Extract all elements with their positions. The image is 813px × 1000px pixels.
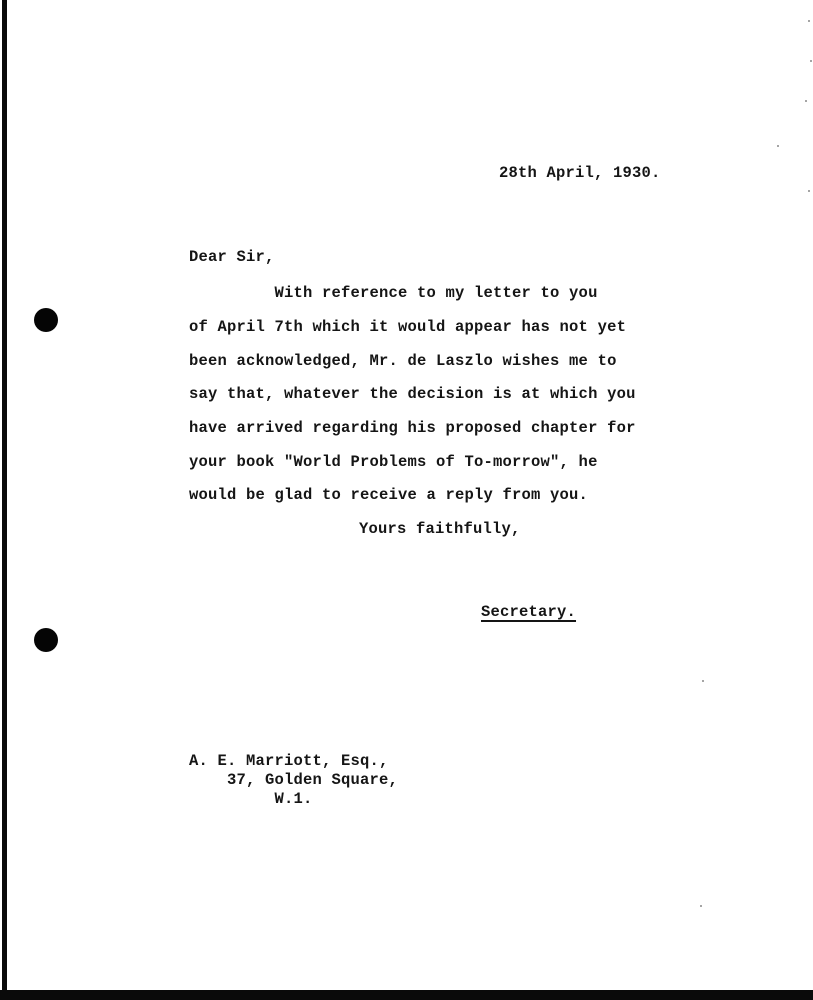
- salutation: Dear Sir,: [189, 250, 275, 266]
- scan-speck: [700, 905, 702, 907]
- scan-speck: [808, 190, 810, 192]
- body-line-7: would be glad to receive a reply from yo…: [189, 488, 588, 504]
- punch-hole-top: [34, 308, 58, 332]
- page-left-border: [2, 0, 7, 1000]
- closing: Yours faithfully,: [359, 522, 521, 538]
- scan-speck: [810, 60, 812, 62]
- body-line-1: With reference to my letter to you: [189, 286, 598, 302]
- recipient-name: A. E. Marriott, Esq.,: [189, 754, 389, 770]
- page-bottom-border: [0, 990, 813, 1000]
- body-line-3: been acknowledged, Mr. de Laszlo wishes …: [189, 354, 617, 370]
- recipient-district: W.1.: [189, 792, 313, 808]
- scan-speck: [702, 680, 704, 682]
- scan-speck: [805, 100, 807, 102]
- letter-page: 28th April, 1930. Dear Sir, With referen…: [0, 0, 813, 1000]
- body-line-5: have arrived regarding his proposed chap…: [189, 421, 636, 437]
- recipient-street: 37, Golden Square,: [189, 773, 398, 789]
- signature-title: Secretary.: [481, 605, 576, 621]
- letter-date: 28th April, 1930.: [499, 166, 661, 182]
- body-line-6: your book "World Problems of To-morrow",…: [189, 455, 598, 471]
- body-line-2: of April 7th which it would appear has n…: [189, 320, 626, 336]
- scan-speck: [808, 20, 810, 22]
- scan-speck: [777, 145, 779, 147]
- punch-hole-bottom: [34, 628, 58, 652]
- body-line-4: say that, whatever the decision is at wh…: [189, 387, 636, 403]
